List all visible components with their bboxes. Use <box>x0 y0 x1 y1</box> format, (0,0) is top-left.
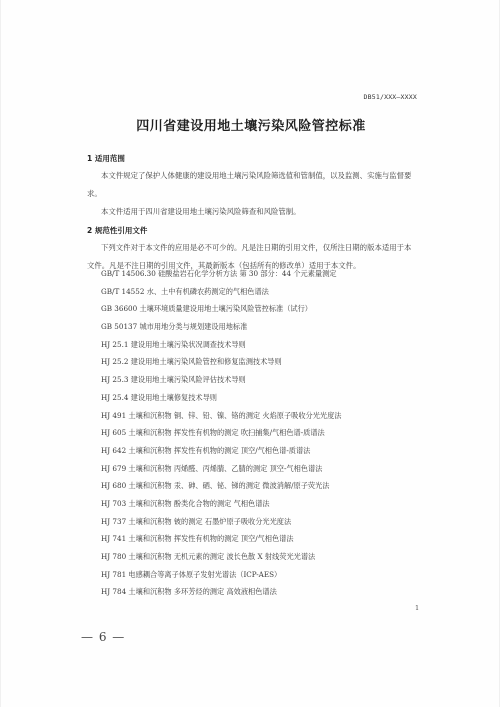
reference-item: HJ 784 土壤和沉积物 多环芳烃的测定 高效液相色谱法 <box>101 583 341 601</box>
paragraph-scope-2: 本文件适用于四川省建设用地土壤污染风险筛查和风险管制。 <box>87 203 417 221</box>
document-page: DB51/XXX—XXXX 四川省建设用地土壤污染风险管控标准 1 适用范围 本… <box>0 0 500 707</box>
section-heading-normative-references: 2 规范性引用文件 <box>87 225 147 236</box>
reference-item: HJ 605 土壤和沉积物 挥发性有机物的测定 吹扫捕集/气相色谱-质谱法 <box>101 424 341 442</box>
reference-item: HJ 780 土壤和沉积物 无机元素的测定 波长色散 X 射线荧光光谱法 <box>101 548 341 566</box>
document-code: DB51/XXX—XXXX <box>364 93 417 101</box>
reference-item: HJ 25.2 建设用地土壤污染风险管控和修复监测技术导则 <box>101 353 341 371</box>
section-heading-scope: 1 适用范围 <box>87 153 125 164</box>
reference-item: GB/T 14552 水、土中有机磷农药测定的气相色谱法 <box>101 283 341 301</box>
reference-item: HJ 781 电感耦合等离子体原子发射光谱法（ICP-AES） <box>101 566 341 584</box>
document-title: 四川省建设用地土壤污染风险管控标准 <box>1 115 500 134</box>
reference-item: HJ 642 土壤和沉积物 挥发性有机物的测定 顶空/气相色谱-质谱法 <box>101 442 341 460</box>
reference-item: GB 50137 城市用地分类与规划建设用地标准 <box>101 318 341 336</box>
footer-page-label: — 6 — <box>81 630 125 644</box>
paragraph-scope-1: 本文件规定了保护人体健康的建设用地土壤污染风险筛选值和管制值，以及监测、实施与监… <box>87 167 417 202</box>
reference-item: HJ 25.1 建设用地土壤污染状况调查技术导则 <box>101 336 341 354</box>
reference-item: GB 36600 土壤环境质量建设用地土壤污染风险管控标准（试行） <box>101 300 341 318</box>
reference-item: HJ 741 土壤和沉积物 挥发性有机物的测定 顶空/气相色谱法 <box>101 530 341 548</box>
reference-item: HJ 491 土壤和沉积物 铜、锌、铅、镍、铬的测定 火焰原子吸收分光光度法 <box>101 407 341 425</box>
inner-page-number: 1 <box>415 604 419 612</box>
reference-item: GB/T 14506.30 硅酸盐岩石化学分析方法 第 30 部分：44 个元素… <box>101 265 341 283</box>
reference-item: HJ 25.4 建设用地土壤修复技术导则 <box>101 389 341 407</box>
reference-item: HJ 680 土壤和沉积物 汞、砷、硒、铋、锑的测定 微波消解/原子荧光法 <box>101 477 341 495</box>
reference-item: HJ 679 土壤和沉积物 丙烯醛、丙烯腈、乙腈的测定 顶空-气相色谱法 <box>101 460 341 478</box>
reference-item: HJ 737 土壤和沉积物 铍的测定 石墨炉原子吸收分光光度法 <box>101 513 341 531</box>
reference-item: HJ 703 土壤和沉积物 酚类化合物的测定 气相色谱法 <box>101 495 341 513</box>
reference-list: GB/T 14506.30 硅酸盐岩石化学分析方法 第 30 部分：44 个元素… <box>101 265 341 601</box>
reference-item: HJ 25.3 建设用地土壤污染风险评估技术导则 <box>101 371 341 389</box>
